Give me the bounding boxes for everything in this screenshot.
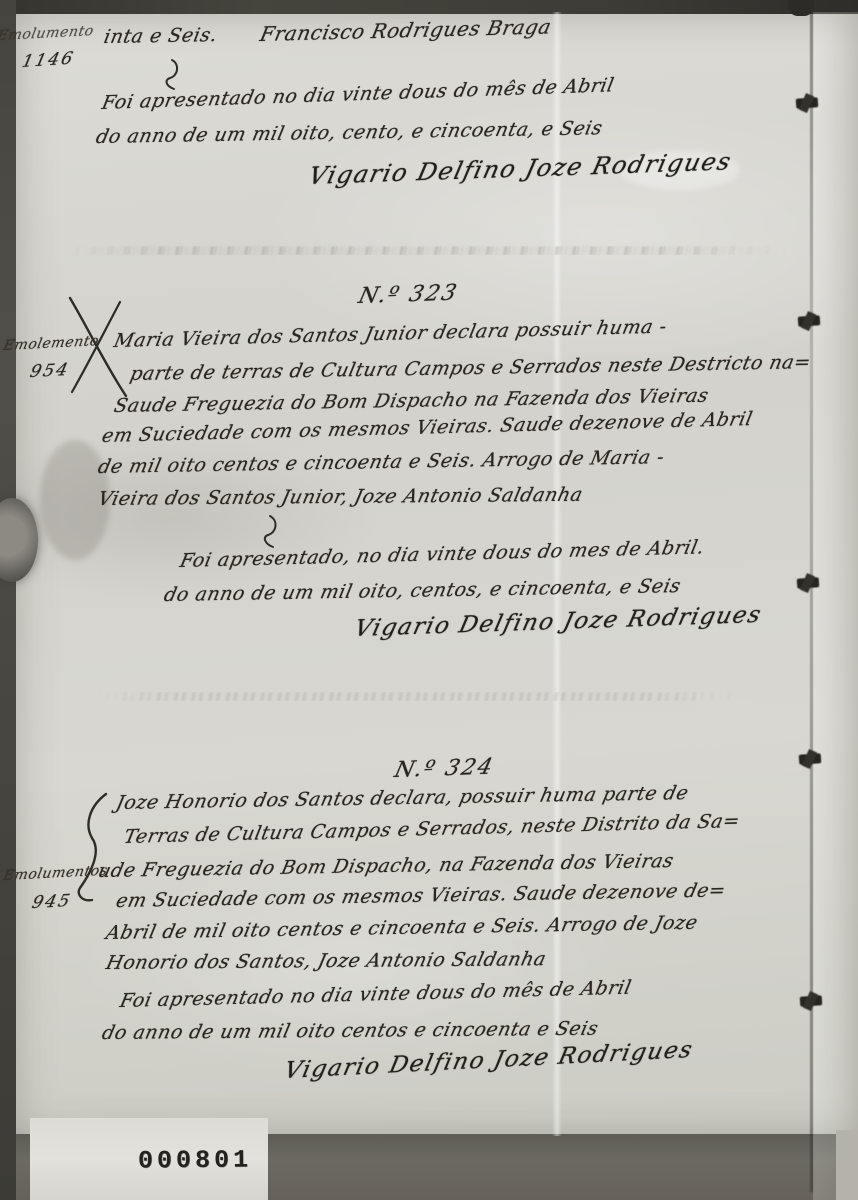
paragraph-flourish xyxy=(158,56,188,92)
margin-emolumento-value-323: 954 xyxy=(28,360,72,382)
entry-324-number: N.º 324 xyxy=(392,755,497,783)
entry-323-body-line: Vieira dos Santos Junior, Joze Antonio S… xyxy=(96,484,585,510)
stitch-mark xyxy=(798,315,821,327)
stitch-mark xyxy=(800,995,823,1007)
entry-324-presentation-line2: do anno de um mil oito centos e cincoent… xyxy=(100,1018,601,1044)
paragraph-flourish xyxy=(256,512,286,550)
stitch-mark xyxy=(799,753,822,765)
binding-crease xyxy=(810,12,813,1192)
scan-bottom-right-strip xyxy=(836,1130,858,1200)
entry-324-body-line: Honorio dos Santos, Joze Antonio Saldanh… xyxy=(104,948,548,974)
margin-emolumento-value-324: 945 xyxy=(30,891,74,913)
entry-323-number: N.º 323 xyxy=(356,281,461,309)
stitch-mark xyxy=(796,97,819,109)
page-right-margin-strip xyxy=(813,12,858,1200)
stitch-mark xyxy=(797,577,820,589)
scanned-register-page: Emolumento 1146 inta e Seis. Francisco R… xyxy=(0,0,858,1200)
margin-j-flourish xyxy=(72,788,118,908)
margin-emolumento-value-top: 1146 xyxy=(20,48,76,72)
page-number-stamp: 000801 xyxy=(138,1146,252,1176)
binding-notch xyxy=(788,0,814,16)
entry-tail-continuation: inta e Seis. xyxy=(102,24,219,48)
scan-edge-left xyxy=(0,0,16,1200)
scan-edge-top xyxy=(0,0,858,14)
